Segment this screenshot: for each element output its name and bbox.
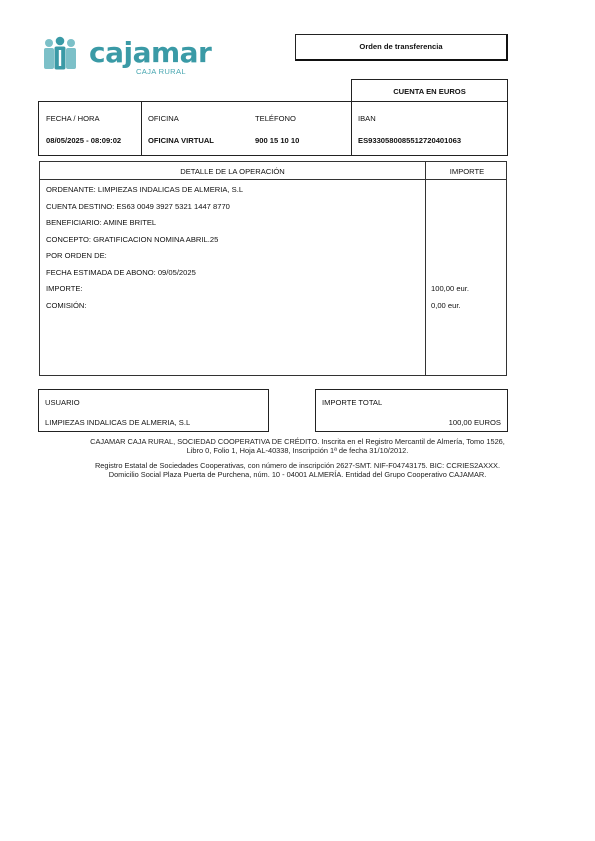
detail-line-ordenante: ORDENANTE: LIMPIEZAS INDALICAS DE ALMERI… — [46, 186, 243, 194]
detail-header: DETALLE DE LA OPERACIÓN — [40, 168, 425, 176]
document-title: Orden de transferencia — [296, 43, 506, 51]
brand-subtitle: CAJA RURAL — [136, 67, 186, 76]
detail-line-por-orden: POR ORDEN DE: — [46, 252, 107, 260]
total-value: 100,00 EUROS — [449, 419, 501, 427]
telefono-label: TELÉFONO — [255, 115, 296, 123]
legal-footer-2: Registro Estatal de Sociedades Cooperati… — [0, 461, 595, 479]
detail-line-cuenta-destino: CUENTA DESTINO: ES63 0049 3927 5321 1447… — [46, 203, 230, 211]
legal-footer-1: CAJAMAR CAJA RURAL, SOCIEDAD COOPERATIVA… — [0, 437, 595, 455]
iban-value: ES9330580085512720401063 — [358, 137, 461, 145]
detail-line-beneficiario: BENEFICIARIO: AMINE BRITEL — [46, 219, 156, 227]
fecha-value: 08/05/2025 - 08:09:02 — [46, 137, 121, 145]
legal-line-4: Domicilio Social Plaza Puerta de Purchen… — [0, 470, 595, 479]
iban-label: IBAN — [358, 115, 376, 123]
document-title-box: Orden de transferencia — [295, 34, 508, 61]
detail-line-fecha-abono: FECHA ESTIMADA DE ABONO: 09/05/2025 — [46, 269, 196, 277]
operation-detail-box: DETALLE DE LA OPERACIÓN IMPORTE ORDENANT… — [39, 161, 507, 376]
info-box: FECHA / HORA 08/05/2025 - 08:09:02 OFICI… — [38, 101, 508, 156]
divider — [40, 179, 506, 180]
comision-value: 0,00 eur. — [431, 302, 461, 310]
usuario-value: LIMPIEZAS INDALICAS DE ALMERIA, S.L — [45, 419, 190, 427]
cajamar-logo: cajamar CAJA RURAL — [39, 36, 209, 78]
detail-line-comision: COMISIÓN: — [46, 302, 87, 310]
divider — [141, 102, 142, 155]
people-icon — [39, 36, 87, 72]
brand-name: cajamar — [89, 36, 211, 69]
oficina-value: OFICINA VIRTUAL — [148, 137, 214, 145]
account-type: CUENTA EN EUROS — [352, 88, 507, 96]
importe-value: 100,00 eur. — [431, 285, 469, 293]
legal-line-3: Registro Estatal de Sociedades Cooperati… — [0, 461, 595, 470]
detail-line-concepto: CONCEPTO: GRATIFICACION NOMINA ABRIL.25 — [46, 236, 218, 244]
amount-header: IMPORTE — [426, 168, 508, 176]
total-label: IMPORTE TOTAL — [322, 399, 382, 407]
account-type-box: CUENTA EN EUROS — [351, 79, 508, 102]
usuario-label: USUARIO — [45, 399, 80, 407]
oficina-label: OFICINA — [148, 115, 179, 123]
detail-line-importe: IMPORTE: — [46, 285, 83, 293]
legal-line-2: Libro 0, Folio 1, Hoja AL-40338, Inscrip… — [0, 446, 595, 455]
telefono-value: 900 15 10 10 — [255, 137, 299, 145]
total-box: IMPORTE TOTAL 100,00 EUROS — [315, 389, 508, 432]
legal-line-1: CAJAMAR CAJA RURAL, SOCIEDAD COOPERATIVA… — [0, 437, 595, 446]
divider — [425, 162, 426, 375]
fecha-label: FECHA / HORA — [46, 115, 100, 123]
divider — [351, 102, 352, 155]
usuario-box: USUARIO LIMPIEZAS INDALICAS DE ALMERIA, … — [38, 389, 269, 432]
